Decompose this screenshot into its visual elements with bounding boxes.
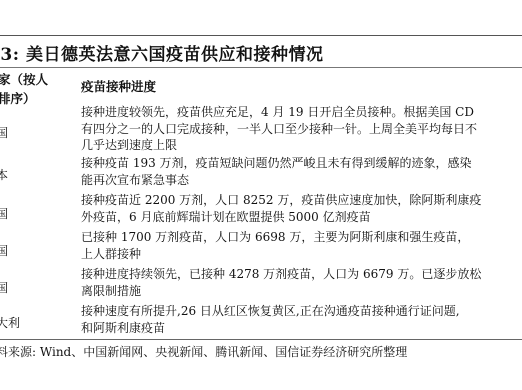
progress-line: 外疫苗，6 月底前辉瑞计划在欧盟提供 5000 亿剂疫苗 [81,209,481,226]
progress-line: 接种进度持续领先，已接种 4278 万剂疫苗，人口为 6679 万。已逐步放松 [81,266,481,283]
title-rule [0,67,522,68]
progress-cell: 接种疫苗 193 万剂，疫苗短缺问题仍然严峻且未有得到缓解的迹象，感染 能再次宣… [81,155,472,188]
progress-line: 和阿斯利康疫苗 [81,320,460,337]
table-title: .3: 美日德英法意六国疫苗供应和接种情况 [0,40,323,65]
progress-cell: 接种速度有所提升,26 日从红区恢复黄区,正在沟通疫苗接种通行证问题, 和阿斯利… [81,303,460,336]
header-country-line2: 排序） [0,89,48,108]
country-cell: 本 [0,166,8,183]
header-country: 家（按人 排序） [0,70,48,108]
header-country-line1: 家（按人 [0,70,48,89]
progress-line: 已接种 1700 万剂疫苗，人口为 6698 万，主要为阿斯利康和强生疫苗， [81,229,469,246]
progress-cell: 接种进度较领先，疫苗供应充足，4 月 19 日开启全员接种。根据美国 CD 有四… [81,104,477,154]
top-rule [0,35,522,36]
country-cell: 国 [0,124,8,141]
progress-line: 上人群接种 [81,246,469,263]
country-cell: 国 [0,205,8,222]
progress-line: 离限制措施 [81,283,481,300]
header-progress: 疫苗接种进度 [81,77,156,95]
progress-cell: 接种进度持续领先，已接种 4278 万剂疫苗，人口为 6679 万。已逐步放松 … [81,266,481,299]
progress-line: 接种疫苗 193 万剂，疫苗短缺问题仍然严峻且未有得到缓解的迹象，感染 [81,155,472,172]
progress-line: 几乎达到速度上限 [81,137,477,154]
progress-line: 能再次宣布紧急事态 [81,172,472,189]
progress-cell: 已接种 1700 万剂疫苗，人口为 6698 万，主要为阿斯利康和强生疫苗， 上… [81,229,469,262]
country-cell: 国 [0,242,8,259]
country-cell: 国 [0,279,8,296]
progress-line: 接种进度较领先，疫苗供应充足，4 月 19 日开启全员接种。根据美国 CD [81,104,477,121]
progress-cell: 接种疫苗近 2200 万剂，人口 8252 万，疫苗供应速度加快，除阿斯利康疫 … [81,192,481,225]
source-note: 料来源: Wind、中国新闻网、央视新闻、腾讯新闻、国信证券经济研究所整理 [0,343,407,360]
progress-line: 有四分之一的人口完成接种，一半人口至少接种一针。上周全美平均每日不 [81,121,477,138]
progress-line: 接种速度有所提升,26 日从红区恢复黄区,正在沟通疫苗接种通行证问题, [81,303,460,320]
country-cell: 大利 [0,314,20,331]
progress-line: 接种疫苗近 2200 万剂，人口 8252 万，疫苗供应速度加快，除阿斯利康疫 [81,192,481,209]
bottom-rule [0,339,522,340]
